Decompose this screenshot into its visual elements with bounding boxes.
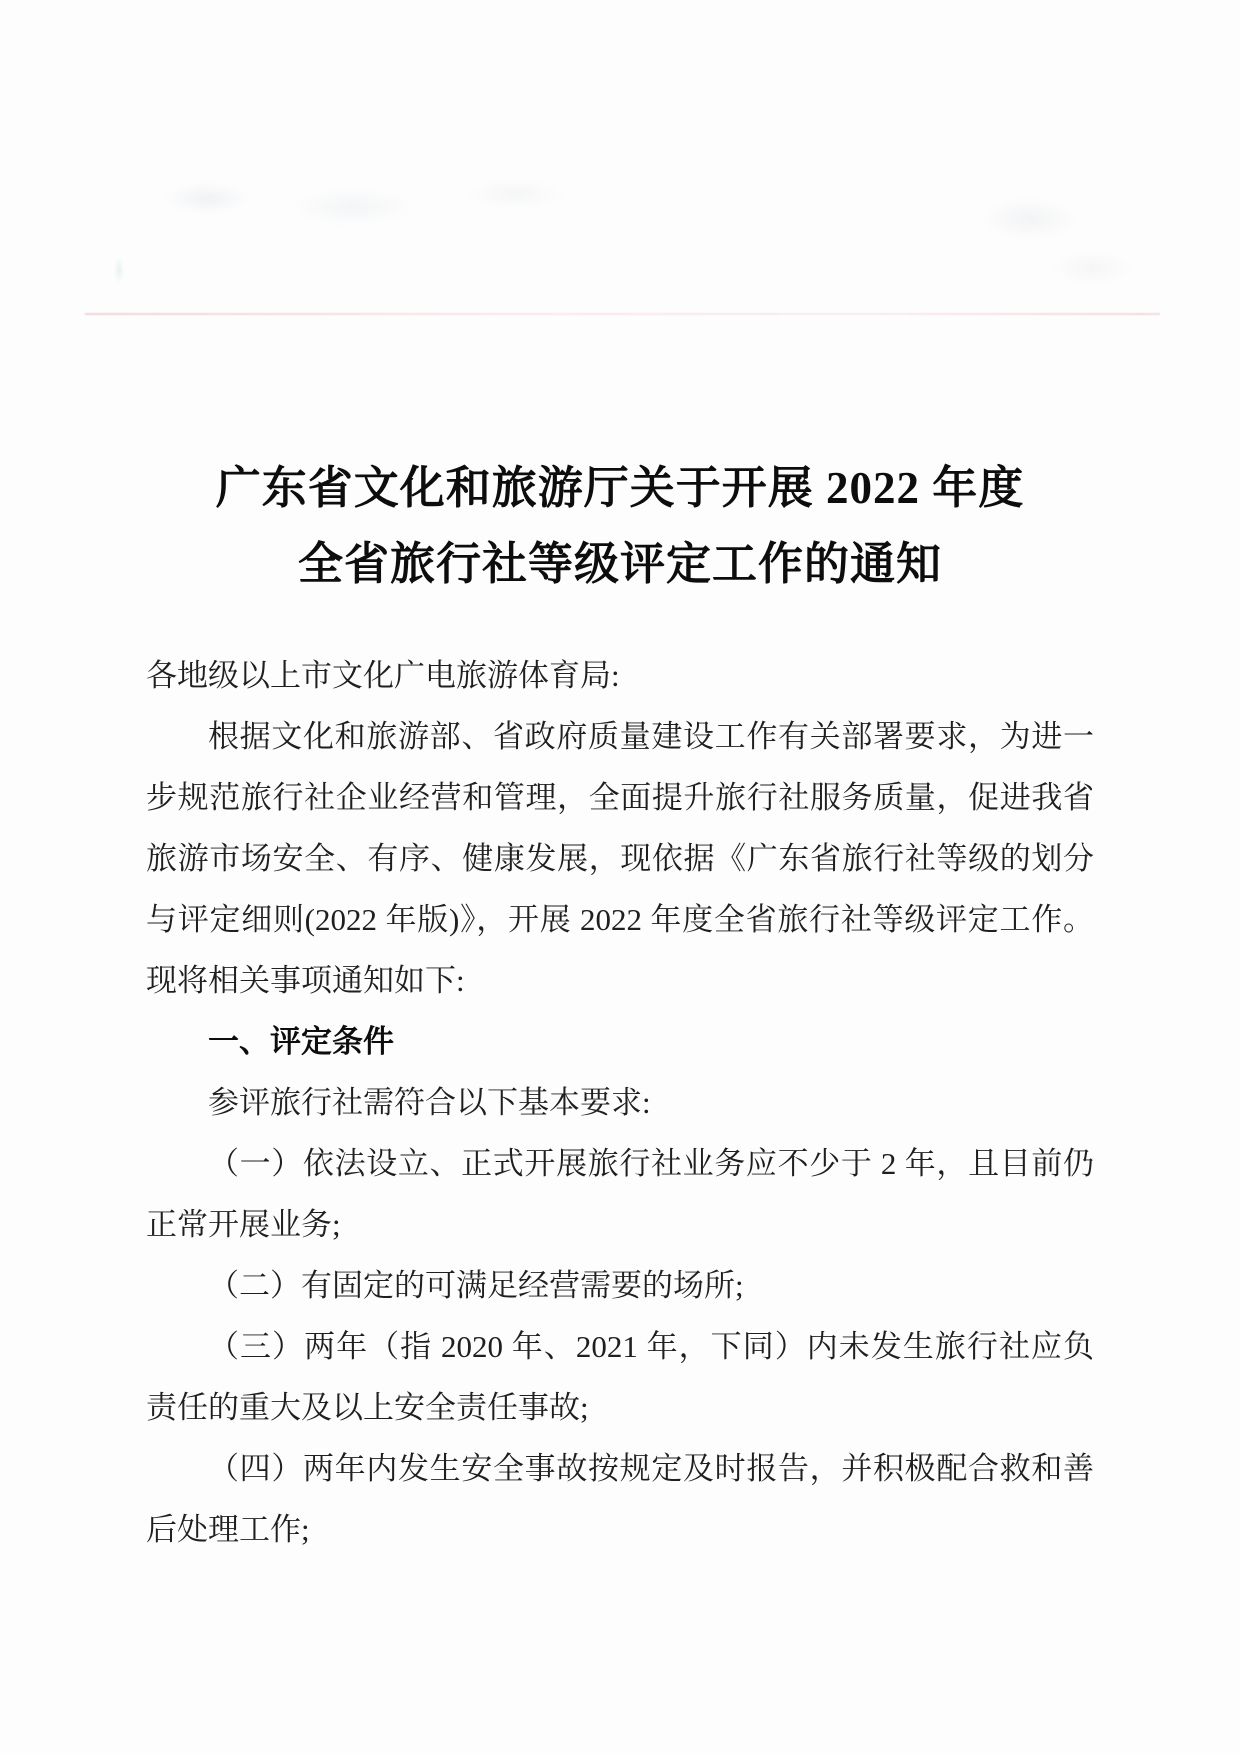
scan-smudge-top-left [110,160,650,245]
condition-item-4: （四）两年内发生安全事故按规定及时报告，并积极配合救和善后处理工作; [146,1438,1094,1560]
document-body: 各地级以上市文化广电旅游体育局: 根据文化和旅游部、省政府质量建设工作有关部署要… [146,645,1094,1560]
intro-paragraph: 根据文化和旅游部、省政府质量建设工作有关部署要求，为进一步规范旅行社企业经营和管… [146,706,1094,1011]
section-lead: 参评旅行社需符合以下基本要求: [146,1072,1094,1133]
letterhead-faint-rule [85,313,1160,315]
scan-smudge-top-right [930,170,1180,310]
scanned-document-page: 广东省文化和旅游厅关于开展 2022 年度 全省旅行社等级评定工作的通知 各地级… [0,0,1240,1753]
section-heading-1: 一、评定条件 [146,1011,1094,1072]
document-title: 广东省文化和旅游厅关于开展 2022 年度 全省旅行社等级评定工作的通知 [146,450,1094,602]
document-title-line1: 广东省文化和旅游厅关于开展 2022 年度 [146,450,1094,526]
condition-item-2: （二）有固定的可满足经营需要的场所; [146,1255,1094,1316]
condition-item-3: （三）两年（指 2020 年、2021 年，下同）内未发生旅行社应负责任的重大及… [146,1316,1094,1438]
scan-mark-teal [112,250,126,290]
condition-item-1: （一）依法设立、正式开展旅行社业务应不少于 2 年，且目前仍正常开展业务; [146,1133,1094,1255]
document-title-line2: 全省旅行社等级评定工作的通知 [146,526,1094,602]
salutation: 各地级以上市文化广电旅游体育局: [146,645,1094,706]
